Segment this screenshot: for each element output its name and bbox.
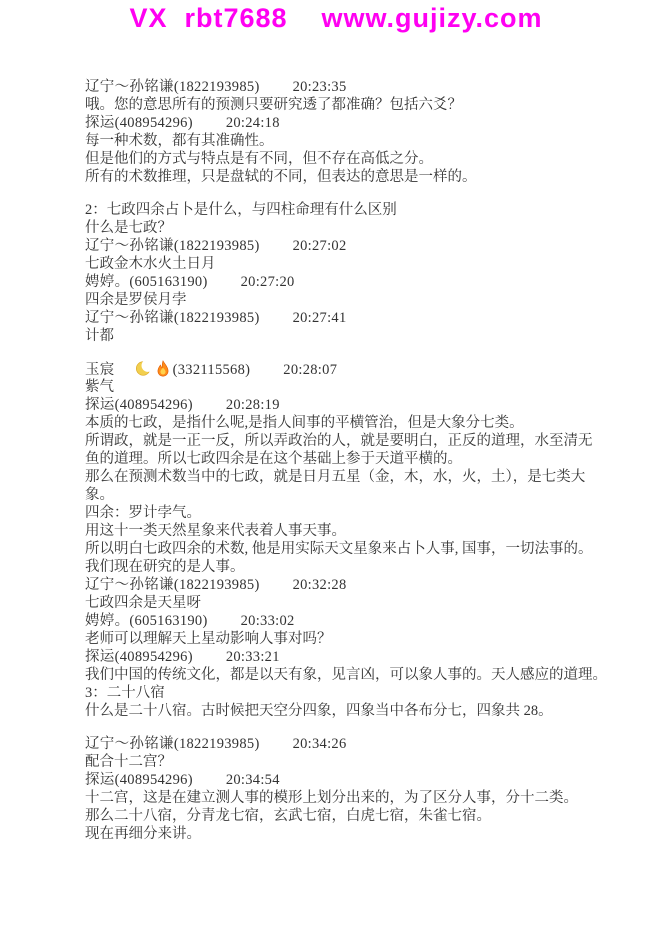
- chat-message-text: 我们现在研究的是人事。: [85, 558, 645, 576]
- speaker-name: 探运: [85, 772, 115, 788]
- chat-message-text: 七政四余是天星呀: [85, 594, 645, 612]
- blank-line: [85, 345, 645, 360]
- blank-line: [85, 186, 645, 201]
- speaker-name: 探运: [85, 397, 115, 413]
- chat-message-text: 哦。您的意思所有的预测只要研究透了都准确？包括六爻？: [85, 96, 645, 114]
- speaker-qq-number: (408954296): [115, 772, 193, 788]
- chat-message-header: 玉宸(332115568)20:28:07: [85, 360, 645, 378]
- chat-message-header: 探运(408954296)20:34:54: [85, 771, 645, 789]
- chat-message-header: 娉婷。(605163190)20:27:20: [85, 273, 645, 291]
- speaker-qq-number: (408954296): [115, 115, 193, 131]
- speaker-name: 辽宁～孙铭谦: [85, 577, 174, 593]
- message-time: 20:28:19: [226, 397, 280, 413]
- speaker-name: 探运: [85, 115, 115, 131]
- chat-message-text: 所有的术数推理，只是盘轼的不同，但表达的意思是一样的。: [85, 168, 645, 186]
- message-time: 20:27:02: [293, 238, 347, 254]
- chat-message-header: 探运(408954296)20:33:21: [85, 648, 645, 666]
- chat-message-text: 配合十二宫？: [85, 753, 645, 771]
- chat-message-text: 所谓政，就是一正一反，所以弄政治的人，就是要明白，正反的道理，水至清无: [85, 432, 645, 450]
- chat-message-text: 那么在预测术数当中的七政，就是日月五星（金，木，水，火，土），是七类大: [85, 468, 645, 486]
- speaker-name: 娉婷。: [85, 613, 129, 629]
- speaker-qq-number: (1822193985): [174, 310, 260, 326]
- chat-message-text: 计都: [85, 327, 645, 345]
- speaker-qq-number: (408954296): [115, 649, 193, 665]
- chat-message-text: 本质的七政，是指什么呢,是指人间事的平横管治，但是大象分七类。: [85, 414, 645, 432]
- chat-message-text: 七政金木水火土日月: [85, 255, 645, 273]
- chat-message-text: 用这十一类天然星象来代表着人事天事。: [85, 522, 645, 540]
- speaker-qq-number: (408954296): [115, 397, 193, 413]
- chat-message-text: 2：七政四余占卜是什么，与四柱命理有什么区别: [85, 201, 645, 219]
- chat-message-text: 但是他们的方式与特点是有不同，但不存在高低之分。: [85, 150, 645, 168]
- speaker-qq-number: (1822193985): [174, 79, 260, 95]
- chat-message-header: 辽宁～孙铭谦(1822193985)20:27:02: [85, 237, 645, 255]
- message-time: 20:32:28: [293, 577, 347, 593]
- chat-message-text: 那么二十八宿，分青龙七宿，玄武七宿，白虎七宿，朱雀七宿。: [85, 807, 645, 825]
- chat-message-header: 娉婷。(605163190)20:33:02: [85, 612, 645, 630]
- chat-message-header: 辽宁～孙铭谦(1822193985)20:34:26: [85, 735, 645, 753]
- chat-message-text: 现在再细分来讲。: [85, 825, 645, 843]
- message-time: 20:27:20: [241, 274, 295, 290]
- chat-message-text: 什么是二十八宿。古时候把天空分四象，四象当中各布分七，四象共 28。: [85, 702, 645, 720]
- chat-message-header: 辽宁～孙铭谦(1822193985)20:32:28: [85, 576, 645, 594]
- chat-message-header: 探运(408954296)20:28:19: [85, 396, 645, 414]
- speaker-qq-number: (1822193985): [174, 577, 260, 593]
- message-time: 20:28:07: [283, 362, 337, 378]
- speaker-name: 辽宁～孙铭谦: [85, 310, 174, 326]
- chat-message-header: 探运(408954296)20:24:18: [85, 114, 645, 132]
- chat-message-text: 鱼的道理。所以七政四余是在这个基础上参于天道平横的。: [85, 450, 645, 468]
- chat-transcript-page: VX rbt7688 www.gujizy.com 辽宁～孙铭谦(1822193…: [0, 0, 672, 950]
- speaker-name: 辽宁～孙铭谦: [85, 238, 174, 254]
- chat-message-text: 四余是罗侯月孛: [85, 291, 645, 309]
- chat-message-header: 辽宁～孙铭谦(1822193985)20:23:35: [85, 78, 645, 96]
- message-time: 20:33:21: [226, 649, 280, 665]
- speaker-qq-number: (605163190): [129, 274, 207, 290]
- chat-message-text: 象。: [85, 486, 645, 504]
- moon-icon: [135, 360, 154, 377]
- fire-icon: [154, 360, 173, 377]
- chat-message-text: 十二宫，这是在建立测人事的模形上划分出来的，为了区分人事，分十二类。: [85, 789, 645, 807]
- speaker-name: 娉婷。: [85, 274, 129, 290]
- speaker-name: 玉宸: [85, 362, 115, 378]
- message-time: 20:34:54: [226, 772, 280, 788]
- speaker-name: 探运: [85, 649, 115, 665]
- chat-message-text: 紫气: [85, 378, 645, 396]
- speaker-qq-number: (1822193985): [174, 238, 260, 254]
- blank-line: [85, 720, 645, 735]
- chat-message-text: 老师可以理解天上星动影响人事对吗？: [85, 630, 645, 648]
- message-time: 20:23:35: [293, 79, 347, 95]
- chat-message-header: 辽宁～孙铭谦(1822193985)20:27:41: [85, 309, 645, 327]
- message-time: 20:24:18: [226, 115, 280, 131]
- chat-message-text: 3：二十八宿: [85, 684, 645, 702]
- chat-log: 辽宁～孙铭谦(1822193985)20:23:35哦。您的意思所有的预测只要研…: [85, 78, 645, 843]
- message-time: 20:27:41: [293, 310, 347, 326]
- speaker-name: 辽宁～孙铭谦: [85, 736, 174, 752]
- speaker-qq-number: (332115568): [173, 362, 251, 378]
- chat-message-text: 所以明白七政四余的术数, 他是用实际天文星象来占卜人事, 国事，一切法事的。: [85, 540, 645, 558]
- chat-message-text: 我们中国的传统文化，都是以天有象，见言凶，可以象人事的。天人感应的道理。: [85, 666, 645, 684]
- message-time: 20:33:02: [241, 613, 295, 629]
- speaker-qq-number: (1822193985): [174, 736, 260, 752]
- chat-message-text: 四余：罗计孛气。: [85, 504, 645, 522]
- speaker-qq-number: (605163190): [129, 613, 207, 629]
- chat-message-text: 什么是七政？: [85, 219, 645, 237]
- message-time: 20:34:26: [293, 736, 347, 752]
- chat-message-text: 每一种术数，都有其准确性。: [85, 132, 645, 150]
- watermark-header: VX rbt7688 www.gujizy.com: [0, 0, 672, 33]
- speaker-name: 辽宁～孙铭谦: [85, 79, 174, 95]
